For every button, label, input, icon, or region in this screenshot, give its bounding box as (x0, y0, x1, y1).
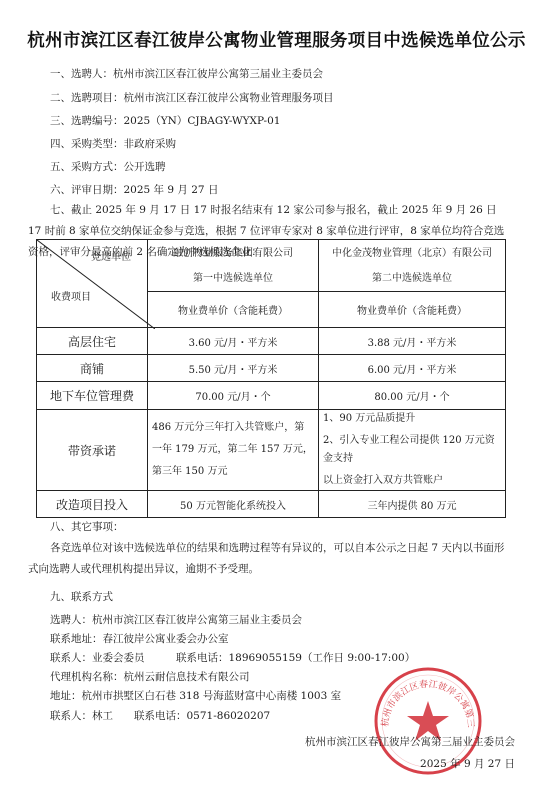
table-row: 带资承诺 486 万元分三年打入共管账户，第一年 179 万元，第二年 157 … (37, 410, 506, 491)
contact-line: 联系人：业委会委员 联系电话：18969055159（工作日 9:00-17:0… (50, 650, 415, 665)
section-9-heading: 九、联系方式 (50, 589, 113, 604)
company-2-header: 中化金茂物业管理（北京）有限公司 第二中选候选单位 (319, 240, 506, 292)
table-row: 地下车位管理费 70.00 元/月・个 80.00 元/月・个 (37, 382, 506, 410)
table-corner-cell: 竞选单位 收费项目 (37, 240, 148, 328)
item-employer: 一、选聘人：杭州市滨江区春江彼岸公寓第三届业主委员会 (50, 66, 323, 81)
contact-line: 联系地址：春江彼岸公寓业委会办公室 (50, 631, 229, 646)
table-row: 商铺 5.50 元/月・平方米 6.00 元/月・平方米 (37, 355, 506, 382)
table-row: 改造项目投入 50 万元智能化系统投入 三年内提供 80 万元 (37, 491, 506, 518)
company-1-header: 融创物业服务集团有限公司 第一中选候选单位 (148, 240, 319, 292)
contact-line: 代理机构名称：杭州云耐信息技术有限公司 (50, 669, 250, 684)
page-title: 杭州市滨江区春江彼岸公寓物业管理服务项目中选候选单位公示 (0, 27, 553, 52)
item-project: 二、选聘项目：杭州市滨江区春江彼岸公寓物业管理服务项目 (50, 90, 334, 105)
item-purchase-type: 四、采购类型：非政府采购 (50, 136, 176, 151)
candidate-table: 竞选单位 收费项目 融创物业服务集团有限公司 第一中选候选单位 中化金茂物业管理… (36, 239, 506, 518)
price-header-1: 物业费单价（含能耗费） (148, 292, 319, 328)
price-header-2: 物业费单价（含能耗费） (319, 292, 506, 328)
table-row: 高层住宅 3.60 元/月・平方米 3.88 元/月・平方米 (37, 328, 506, 355)
corner-bottom-label: 收费项目 (51, 288, 91, 303)
section-8-heading: 八、其它事项： (50, 519, 124, 534)
signature-date: 2025 年 9 月 27 日 (420, 756, 515, 771)
item-number: 三、选聘编号：2025（YN）CJBAGY-WYXP-01 (50, 113, 280, 128)
contact-line: 地址：杭州市拱墅区白石巷 318 号海蓝财富中心南楼 1003 室 (50, 688, 341, 703)
section-8-body: 各竞选单位对该中选候选单位的结果和选聘过程等有异议的，可以自本公示之日起 7 天… (28, 538, 513, 580)
contact-line: 联系人：林工 联系电话：0571-86020207 (50, 708, 270, 723)
item-purchase-method: 五、采购方式：公开选聘 (50, 159, 166, 174)
corner-top-label: 竞选单位 (91, 248, 131, 263)
funding-commitment-2: 1、90 万元品质提升 2、引入专业工程公司提供 120 万元资金支持 以上资金… (319, 410, 506, 491)
item-review-date: 六、评审日期：2025 年 9 月 27 日 (50, 182, 218, 197)
contact-line: 选聘人：杭州市滨江区春江彼岸公寓第三届业主委员会 (50, 612, 302, 627)
signature-org: 杭州市滨江区春江彼岸公寓第三届业主委员会 (305, 734, 515, 749)
